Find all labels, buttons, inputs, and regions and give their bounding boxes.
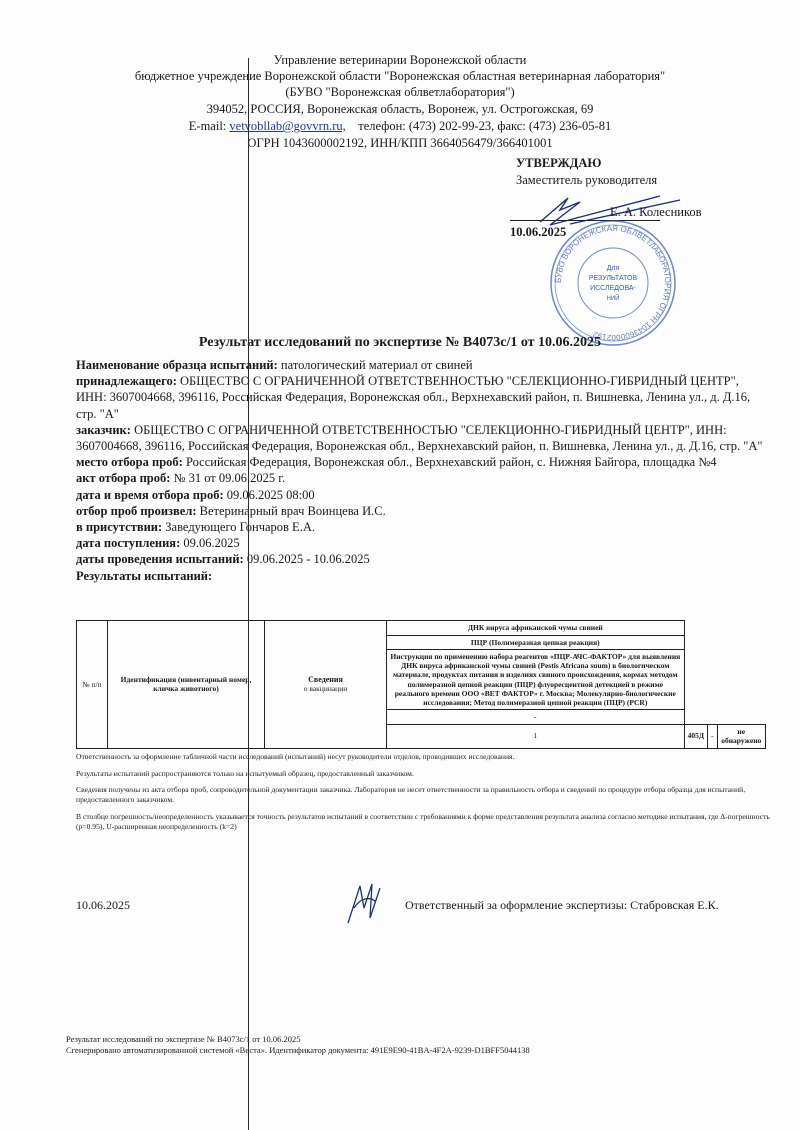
header-line-3: (БУВО "Воронежская облветлаборатория") [0,84,800,101]
field-7: в присутствии: Заведующего Гончаров Е.А. [76,519,766,535]
field-label: Результаты испытаний: [76,569,212,583]
email-link[interactable]: vetvobllab@govvrn.ru, [229,119,345,133]
field-8: дата поступления: 09.06.2025 [76,535,766,551]
field-value: 09.06.2025 - 10.06.2025 [244,552,370,566]
field-label: в присутствии: [76,520,162,534]
footer-date: 10.06.2025 [76,898,130,913]
col-num-header: № п/п [77,621,108,749]
svg-text:РЕЗУЛЬТАТОВ: РЕЗУЛЬТАТОВ [589,275,638,282]
footer-responsible: Ответственный за оформление экспертизы: … [405,898,719,913]
svg-text:ИССЛЕДОВА-: ИССЛЕДОВА- [590,285,636,292]
row-num: 1 [387,724,685,748]
notes: Ответственность за оформление табличной … [76,752,776,838]
field-value: 09.06.2025 08:00 [224,488,315,502]
approval-block: УТВЕРЖДАЮ Заместитель руководителя [516,155,657,189]
field-value: патологический материал от свиней [278,358,473,372]
field-value: Ветеринарный врач Воинцева И.С. [197,504,386,518]
responsible-signature-icon [340,878,390,928]
document-title: Результат исследований по экспертизе № В… [0,335,800,351]
field-label: отбор проб произвел: [76,504,197,518]
field-label: дата и время отбора проб: [76,488,224,502]
field-value: № 31 от 09.06.2025 г. [170,471,285,485]
field-1: принадлежащего: ОБЩЕСТВО С ОГРАНИЧЕННОЙ … [76,373,766,422]
field-label: даты проведения испытаний: [76,552,244,566]
header-line-2: бюджетное учреждение Воронежской области… [0,68,800,85]
col-vacc-sub: о вакцинации [268,684,383,694]
approval-label: УТВЕРЖДАЮ [516,155,657,172]
note-1: Ответственность за оформление табличной … [76,752,776,762]
indicator-header: ДНК вируса африканской чумы свиней [387,621,685,636]
field-3: место отбора проб: Российская Федерация,… [76,454,766,470]
field-value: 09.06.2025 [180,536,239,550]
header-address: 394052, РОССИЯ, Воронежская область, Вор… [0,101,800,118]
field-label: акт отбора проб: [76,471,170,485]
phones: телефон: (473) 202-99-23, факс: (473) 23… [358,119,611,133]
row-vacc: - [708,724,718,748]
field-9: даты проведения испытаний: 09.06.2025 - … [76,551,766,567]
svg-text:Для: Для [607,265,620,272]
header-line-1: Управление ветеринарии Воронежской облас… [0,52,800,69]
field-value: ОБЩЕСТВО С ОГРАНИЧЕННОЙ ОТВЕТСТВЕННОСТЬЮ… [76,423,762,453]
bottom-line-2: Сгенерировано автоматизированной системо… [66,1045,530,1056]
field-value: Заведующего Гончаров Е.А. [162,520,315,534]
bottom-info: Результат исследований по экспертизе № В… [66,1034,530,1056]
header-contacts: E-mail: vetvobllab@govvrn.ru, телефон: (… [0,118,800,135]
header-ogrn: ОГРН 1043600002192, ИНН/КПП 3664056479/3… [0,135,800,152]
field-label: место отбора проб: [76,455,183,469]
results-table: № п/п Идентификация (инвентарный номер, … [76,620,766,749]
field-6: отбор проб произвел: Ветеринарный врач В… [76,503,766,519]
field-0: Наименование образца испытаний: патологи… [76,357,766,373]
field-5: дата и время отбора проб: 09.06.2025 08:… [76,487,766,503]
svg-text:НИЙ: НИЙ [607,294,620,302]
approval-position: Заместитель руководителя [516,172,657,189]
note-4: В столбце погрешность/неопределенность у… [76,812,776,832]
field-label: заказчик: [76,423,131,437]
sample-details: Наименование образца испытаний: патологи… [76,357,766,584]
field-value: ОБЩЕСТВО С ОГРАНИЧЕННОЙ ОТВЕТСТВЕННОСТЬЮ… [76,374,750,420]
row-ident: 405Д [684,724,707,748]
document-page: Управление ветеринарии Воронежской облас… [0,0,800,1130]
bottom-line-1: Результат исследований по экспертизе № В… [66,1034,530,1045]
field-2: заказчик: ОБЩЕСТВО С ОГРАНИЧЕННОЙ ОТВЕТС… [76,422,766,454]
method-doc: Инструкция по применению набора реагенто… [387,650,685,710]
note-3: Сведения получены из акта отбора проб, с… [76,785,776,805]
svg-text:БУВО ВОРОНЕЖСКАЯ ОБЛВЕТЛАБОРАТ: БУВО ВОРОНЕЖСКАЯ ОБЛВЕТЛАБОРАТОРИЯ ОГРН … [554,224,672,342]
row-result: не обнаружено [717,724,765,748]
field-label: дата поступления: [76,536,180,550]
norm-cell: - [387,710,685,725]
scan-artifact-line [248,58,249,1130]
method-header: ПЦР (Полимеразная цепная реакция) [387,635,685,650]
field-value: Российская Федерация, Воронежская обл., … [183,455,717,469]
stamp-icon: БУВО ВОРОНЕЖСКАЯ ОБЛВЕТЛАБОРАТОРИЯ ОГРН … [538,218,688,348]
field-label: принадлежащего: [76,374,177,388]
email-label: E-mail: [189,119,227,133]
col-vacc-header: Сведения о вакцинации [265,621,387,749]
col-ident-header: Идентификация (инвентарный номер, кличка… [108,621,265,749]
field-4: акт отбора проб: № 31 от 09.06.2025 г. [76,470,766,486]
col-vacc-title: Сведения [268,675,383,685]
field-10: Результаты испытаний: [76,568,766,584]
note-2: Результаты испытаний распространяются то… [76,769,776,779]
